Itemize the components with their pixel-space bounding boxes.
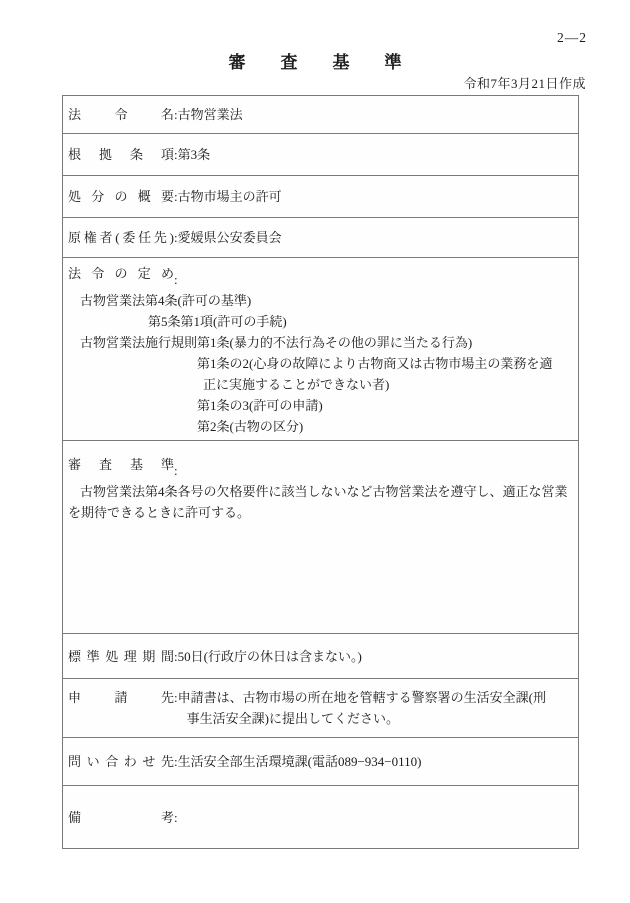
table-row: 申請先:申請書は、古物市場の所在地を管轄する警察署の生活安全課(刑事生活安全課)… — [63, 679, 578, 738]
row-label-line: 法令名:古物営業法 — [68, 104, 574, 125]
row-label-line: 備考: — [68, 807, 574, 828]
row-label-line: 標準処理期間:50日(行政庁の休日は含まない。) — [68, 646, 574, 667]
row-body-line: を期待できるときに許可する。 — [68, 502, 574, 523]
row-value: 申請書は、古物市場の所在地を管轄する警察署の生活安全課(刑事生活安全課)に提出し… — [178, 687, 574, 729]
table-row: 処分の概要:古物市場主の許可 — [63, 176, 578, 218]
table-row: 備考: — [63, 786, 578, 848]
date-created-note: 令和7年3月21日作成 — [463, 73, 586, 92]
row-label-line: 法令の定め: — [68, 263, 574, 290]
row-body-line: 古物営業法第4条各号の欠格要件に該当しないなど古物営業法を遵守し、適正な営業 — [68, 481, 574, 502]
row-body-line: 古物営業法施行規則第1条(暴力的不法行為その他の罪に当たる行為) — [68, 332, 574, 353]
row-value-line: 古物市場主の許可 — [178, 186, 574, 207]
row-value-line — [178, 807, 574, 828]
row-value-line: 申請書は、古物市場の所在地を管轄する警察署の生活安全課(刑 — [178, 687, 574, 708]
row-label-line: 問い合わせ先:生活安全部生活環境課(電話089−934−0110) — [68, 751, 574, 772]
row-label: 問い合わせ先 — [68, 751, 174, 772]
row-value: 50日(行政庁の休日は含まない。) — [178, 646, 574, 667]
row-value-line: 50日(行政庁の休日は含まない。) — [178, 646, 574, 667]
table-row: 根拠条項:第3条 — [63, 134, 578, 176]
page-title: 審査基準 — [0, 48, 630, 73]
row-body-line: 第5条第1項(許可の手続) — [68, 311, 574, 332]
table-row: 審査基準:古物営業法第4条各号の欠格要件に該当しないなど古物営業法を遵守し、適正… — [63, 441, 578, 634]
document-page: 2—2 審査基準 令和7年3月21日作成 法令名:古物営業法根拠条項:第3条処分… — [0, 0, 630, 903]
row-value-line: 愛媛県公安委員会 — [178, 227, 574, 248]
row-label-line: 審査基準: — [68, 454, 574, 481]
row-value: 愛媛県公安委員会 — [178, 227, 574, 248]
row-body-line: 正に実施することができない者) — [68, 374, 574, 395]
row-label-line: 処分の概要:古物市場主の許可 — [68, 186, 574, 207]
row-label: 備考 — [68, 807, 174, 828]
row-label-line: 申請先:申請書は、古物市場の所在地を管轄する警察署の生活安全課(刑事生活安全課)… — [68, 687, 574, 729]
page-number: 2—2 — [557, 30, 587, 46]
row-value: 古物市場主の許可 — [178, 186, 574, 207]
criteria-table: 法令名:古物営業法根拠条項:第3条処分の概要:古物市場主の許可原権者(委任先):… — [62, 95, 579, 849]
table-row: 法令名:古物営業法 — [63, 96, 578, 134]
row-label: 審査基準 — [68, 454, 174, 475]
row-colon: : — [174, 463, 178, 478]
table-row: 標準処理期間:50日(行政庁の休日は含まない。) — [63, 634, 578, 679]
row-label: 法令の定め — [68, 263, 174, 284]
row-label-line: 原権者(委任先):愛媛県公安委員会 — [68, 227, 574, 248]
row-body-line: 第1条の3(許可の申請) — [68, 395, 574, 416]
table-row: 法令の定め:古物営業法第4条(許可の基準)第5条第1項(許可の手続)古物営業法施… — [63, 258, 578, 441]
row-label: 根拠条項 — [68, 144, 174, 165]
row-body-line: 第1条の2(心身の故障により古物商又は古物市場主の業務を適 — [68, 353, 574, 374]
table-row: 原権者(委任先):愛媛県公安委員会 — [63, 218, 578, 258]
row-value: 第3条 — [178, 144, 574, 165]
row-body-line: 古物営業法第4条(許可の基準) — [68, 290, 574, 311]
row-body-line: 第2条(古物の区分) — [68, 416, 574, 437]
table-row: 問い合わせ先:生活安全部生活環境課(電話089−934−0110) — [63, 738, 578, 786]
row-label: 法令名 — [68, 104, 174, 125]
row-label: 申請先 — [68, 687, 174, 708]
row-label: 標準処理期間 — [68, 646, 174, 667]
row-value-line: 古物営業法 — [178, 104, 574, 125]
row-value — [178, 807, 574, 828]
row-label: 処分の概要 — [68, 186, 174, 207]
row-label-line: 根拠条項:第3条 — [68, 144, 574, 165]
row-value: 古物営業法 — [178, 104, 574, 125]
row-value-line: 事生活安全課)に提出してください。 — [178, 708, 574, 729]
row-value: 生活安全部生活環境課(電話089−934−0110) — [178, 751, 574, 772]
row-value-line: 第3条 — [178, 144, 574, 165]
row-colon: : — [174, 272, 178, 287]
row-label: 原権者(委任先) — [68, 227, 174, 248]
row-value-line: 生活安全部生活環境課(電話089−934−0110) — [178, 751, 574, 772]
